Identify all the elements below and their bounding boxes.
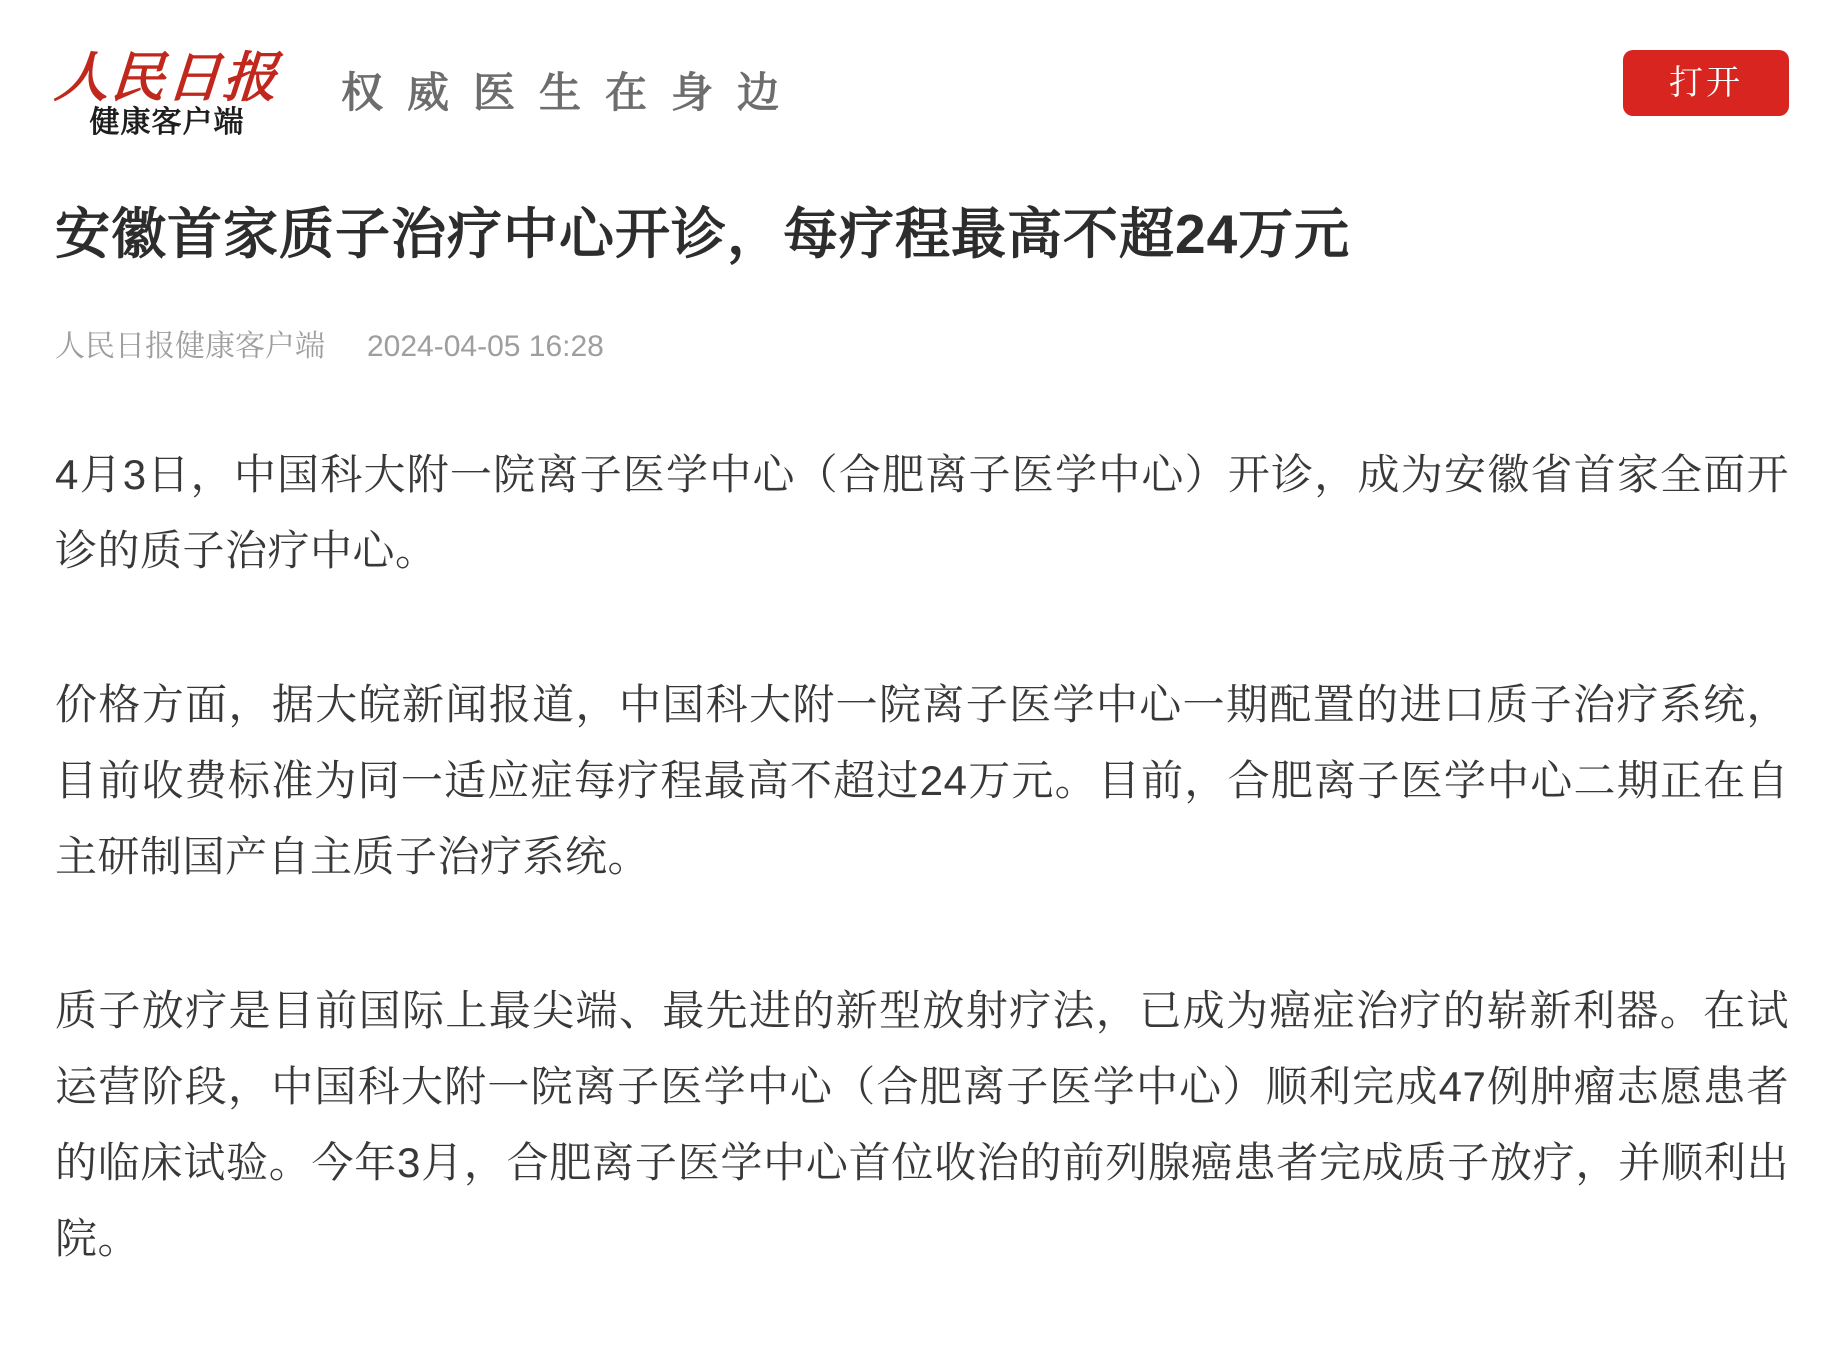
brand-area: 人民日报 健康客户端 权威医生在身边 [55,50,803,138]
article-timestamp: 2024-04-05 16:28 [367,330,604,364]
brand-slogan: 权威医生在身边 [341,60,803,120]
article-body: 4月3日，中国科大附一院离子医学中心（合肥离子医学中心）开诊，成为安徽省首家全面… [55,437,1789,1277]
article-byline: 人民日报健康客户端 2024-04-05 16:28 [55,321,1789,365]
open-app-button[interactable]: 打开 [1623,50,1789,116]
peoples-daily-logo: 人民日报 健康客户端 [55,50,279,138]
article-paragraph: 质子放疗是目前国际上最尖端、最先进的新型放射疗法，已成为癌症治疗的崭新利器。在试… [55,973,1789,1277]
article-content: 安徽首家质子治疗中心开诊，每疗程最高不超24万元 人民日报健康客户端 2024-… [0,200,1844,1277]
logo-calligraphy-text: 人民日报 [53,50,281,104]
page-header: 人民日报 健康客户端 权威医生在身边 打开 [0,0,1844,138]
article-source: 人民日报健康客户端 [55,321,325,365]
article-page: 人民日报 健康客户端 权威医生在身边 打开 安徽首家质子治疗中心开诊，每疗程最高… [0,0,1844,1364]
article-paragraph: 价格方面，据大皖新闻报道，中国科大附一院离子医学中心一期配置的进口质子治疗系统，… [55,667,1789,895]
article-title: 安徽首家质子治疗中心开诊，每疗程最高不超24万元 [55,200,1789,269]
logo-subtitle: 健康客户端 [90,108,245,138]
article-paragraph: 4月3日，中国科大附一院离子医学中心（合肥离子医学中心）开诊，成为安徽省首家全面… [55,437,1789,589]
